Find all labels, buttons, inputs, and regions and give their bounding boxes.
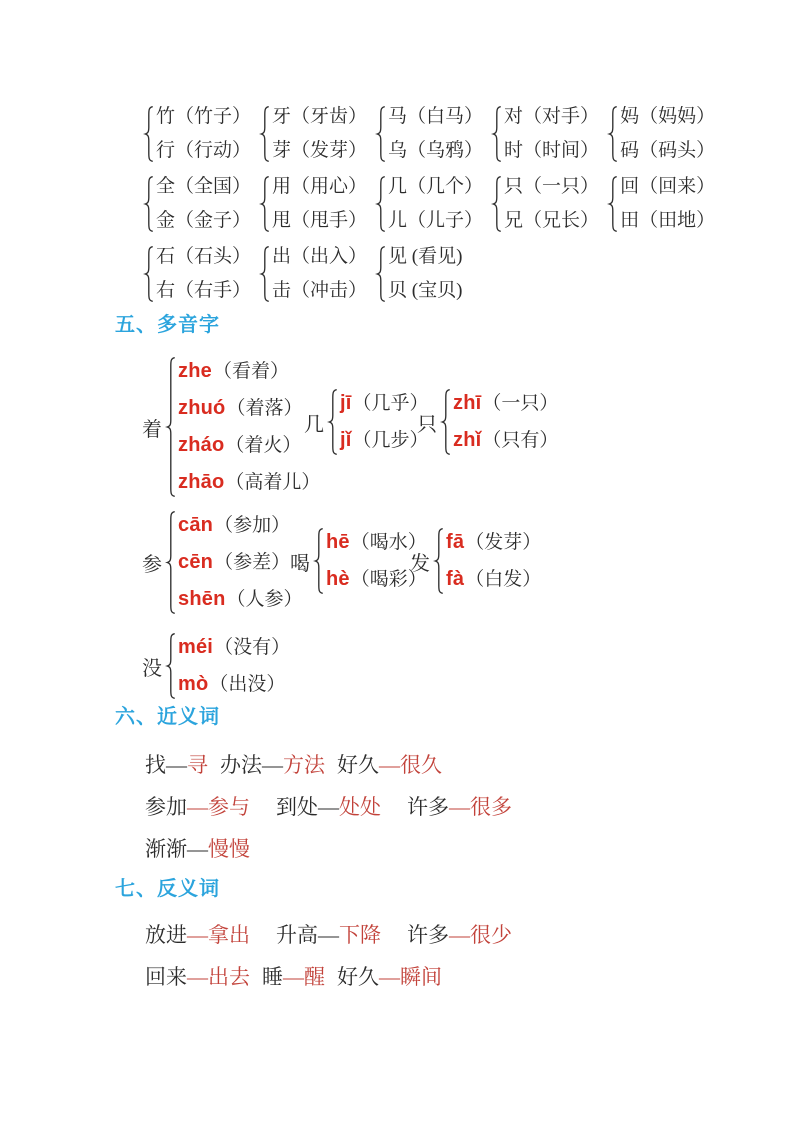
pair-right-word: 方法 <box>283 753 325 777</box>
example-word: （参差） <box>214 544 290 581</box>
duoyinzi-group: 只zhī（一只）zhǐ（只有） <box>417 385 558 459</box>
synonym-pair: 到处—处处 <box>276 792 381 822</box>
duoyinzi-group: 喝hē（喝水）hè（喝彩） <box>290 524 427 598</box>
char-pair-column: 对（对手）时（时间） <box>504 100 599 168</box>
synonym-pair: 参加—参与 <box>145 792 250 822</box>
synonym-row: 找—寻办法—方法好久—很久 <box>145 750 442 780</box>
char-pair-line: 码（码头） <box>620 134 715 168</box>
pronunciation-entry: méi（没有） <box>178 629 290 666</box>
char-pair-line: 芽（发芽） <box>272 134 367 168</box>
synonym-row: 渐渐—慢慢 <box>145 834 250 864</box>
duoyinzi-group: 没méi（没有）mò（出没） <box>142 629 290 703</box>
brace-icon <box>164 633 175 699</box>
brace-icon <box>374 176 385 232</box>
pronunciation-column: méi（没有）mò（出没） <box>178 629 290 703</box>
char-pair-line: 全（全国） <box>156 170 251 204</box>
pinyin: jī <box>340 385 352 422</box>
brace-icon <box>258 176 269 232</box>
duoyinzi-group: 几jī（几乎）jǐ（几步） <box>304 385 429 459</box>
xingjinzi-row: 竹（竹子）行（行动）牙（牙齿）芽（发芽）马（白马）乌（乌鸦）对（对手）时（时间）… <box>142 100 715 168</box>
example-word: （着落） <box>226 390 302 427</box>
char-pair-group: 出（出入）击（冲击） <box>258 240 367 308</box>
brace-icon <box>312 528 323 594</box>
pronunciation-entry: zhī（一只） <box>453 385 558 422</box>
pinyin: mò <box>178 666 208 703</box>
pronunciation-entry: zháo（着火） <box>178 427 320 464</box>
char-pair-column: 回（回来）田（田地） <box>620 170 715 238</box>
pinyin: jǐ <box>340 422 352 459</box>
char-pair-line: 妈（妈妈） <box>620 100 715 134</box>
example-word: （发芽） <box>465 524 541 561</box>
char-pair-group: 全（全国）金（金子） <box>142 170 251 238</box>
pronunciation-entry: cēn（参差） <box>178 544 303 581</box>
duoyinzi-character: 发 <box>410 547 430 576</box>
fanyici-heading: 七、反义词 <box>115 876 220 902</box>
pinyin: hè <box>326 561 350 598</box>
pair-dash: — <box>187 923 208 947</box>
brace-icon <box>164 511 175 614</box>
char-pair-line: 兄（兄长） <box>504 204 599 238</box>
antonym-pair: 回来—出去 <box>145 962 250 992</box>
example-word: （一只） <box>482 385 558 422</box>
char-pair-group: 几（几个）儿（儿子） <box>374 170 483 238</box>
pair-right-word: 瞬间 <box>400 965 442 989</box>
pair-left-word: 放进 <box>145 923 187 947</box>
char-pair-column: 几（几个）儿（儿子） <box>388 170 483 238</box>
antonym-row: 放进—拿出升高—下降许多—很少 <box>145 920 512 950</box>
char-pair-column: 马（白马）乌（乌鸦） <box>388 100 483 168</box>
pinyin: zhuó <box>178 390 225 427</box>
char-pair-line: 行（行动） <box>156 134 251 168</box>
pinyin: zhǐ <box>453 422 481 459</box>
pinyin: hē <box>326 524 350 561</box>
char-pair-group: 用（用心）甩（甩手） <box>258 170 367 238</box>
pronunciation-entry: fā（发芽） <box>446 524 541 561</box>
char-pair-column: 竹（竹子）行（行动） <box>156 100 251 168</box>
duoyinzi-group: 发fā（发芽）fà（白发） <box>410 524 541 598</box>
pair-dash: — <box>187 965 208 989</box>
char-pair-group: 竹（竹子）行（行动） <box>142 100 251 168</box>
pronunciation-entry: jǐ（几步） <box>340 422 429 459</box>
pair-dash: — <box>187 795 208 819</box>
char-pair-group: 对（对手）时（时间） <box>490 100 599 168</box>
char-pair-line: 击（冲击） <box>272 274 367 308</box>
pronunciation-column: jī（几乎）jǐ（几步） <box>340 385 429 459</box>
pair-right-word: 醒 <box>304 965 325 989</box>
duoyinzi-character: 喝 <box>290 547 310 576</box>
duoyinzi-group: 着zhe（看着）zhuó（着落）zháo（着火）zhāo（高着儿） <box>142 353 320 501</box>
duoyinzi-character: 只 <box>417 408 437 437</box>
char-pair-line: 乌（乌鸦） <box>388 134 483 168</box>
pair-right-word: 处处 <box>339 795 381 819</box>
jinyici-heading: 六、近义词 <box>115 704 220 730</box>
pinyin: fà <box>446 561 464 598</box>
char-pair-column: 只（一只）兄（兄长） <box>504 170 599 238</box>
synonym-pair: 好久—很久 <box>337 750 442 780</box>
pinyin: méi <box>178 629 213 666</box>
synonym-pair: 许多—很多 <box>407 792 512 822</box>
pronunciation-entry: zhe（看着） <box>178 353 320 390</box>
antonym-row: 回来—出去睡—醒好久—瞬间 <box>145 962 442 992</box>
brace-icon <box>326 389 337 455</box>
pair-left-word: 参加 <box>145 795 187 819</box>
pronunciation-entry: zhuó（着落） <box>178 390 320 427</box>
pair-dash: — <box>283 965 304 989</box>
char-pair-line: 竹（竹子） <box>156 100 251 134</box>
pair-left-word: 渐渐 <box>145 837 187 861</box>
pronunciation-entry: jī（几乎） <box>340 385 429 422</box>
brace-icon <box>374 106 385 162</box>
synonym-pair: 找—寻 <box>145 750 208 780</box>
pair-right-word: 很多 <box>470 795 512 819</box>
pronunciation-column: fā（发芽）fà（白发） <box>446 524 541 598</box>
brace-icon <box>142 176 153 232</box>
char-pair-line: 对（对手） <box>504 100 599 134</box>
pinyin: cān <box>178 507 213 544</box>
brace-icon <box>258 106 269 162</box>
char-pair-group: 石（石头）右（右手） <box>142 240 251 308</box>
char-pair-column: 石（石头）右（右手） <box>156 240 251 308</box>
brace-icon <box>606 106 617 162</box>
pair-right-word: 拿出 <box>208 923 250 947</box>
char-pair-line: 出（出入） <box>272 240 367 274</box>
pronunciation-entry: shēn（人参） <box>178 581 303 618</box>
synonym-pair: 办法—方法 <box>220 750 325 780</box>
char-pair-line: 金（金子） <box>156 204 251 238</box>
pair-dash: — <box>379 753 400 777</box>
example-word: （参加） <box>214 507 290 544</box>
pair-right-word: 很少 <box>470 923 512 947</box>
char-pair-group: 回（回来）田（田地） <box>606 170 715 238</box>
pronunciation-column: zhī（一只）zhǐ（只有） <box>453 385 558 459</box>
char-pair-line: 右（右手） <box>156 274 251 308</box>
pair-right-word: 参与 <box>208 795 250 819</box>
pronunciation-column: cān（参加）cēn（参差）shēn（人参） <box>178 507 303 618</box>
pair-dash: — <box>449 795 470 819</box>
pair-left-word: 睡 <box>262 965 283 989</box>
pair-left-word: 找 <box>145 753 166 777</box>
char-pair-line: 甩（甩手） <box>272 204 367 238</box>
xingjinzi-row: 石（石头）右（右手）出（出入）击（冲击）见 (看见)贝 (宝贝) <box>142 240 462 308</box>
pair-left-word: 到处 <box>276 795 318 819</box>
brace-icon <box>258 246 269 302</box>
brace-icon <box>439 389 450 455</box>
pronunciation-entry: fà（白发） <box>446 561 541 598</box>
char-pair-group: 妈（妈妈）码（码头） <box>606 100 715 168</box>
antonym-pair: 升高—下降 <box>276 920 381 950</box>
char-pair-column: 全（全国）金（金子） <box>156 170 251 238</box>
example-word: （着火） <box>225 427 301 464</box>
char-pair-line: 只（一只） <box>504 170 599 204</box>
brace-icon <box>490 176 501 232</box>
brace-icon <box>606 176 617 232</box>
char-pair-column: 出（出入）击（冲击） <box>272 240 367 308</box>
example-word: （没有） <box>214 629 290 666</box>
pair-left-word: 好久 <box>337 965 379 989</box>
char-pair-line: 时（时间） <box>504 134 599 168</box>
duoyinzi-character: 着 <box>142 413 162 442</box>
char-pair-group: 只（一只）兄（兄长） <box>490 170 599 238</box>
example-word: （出没） <box>209 666 285 703</box>
pinyin: zhāo <box>178 464 224 501</box>
pinyin: cēn <box>178 544 213 581</box>
example-word: （看着） <box>213 353 289 390</box>
pair-right-word: 很久 <box>400 753 442 777</box>
pinyin: zhī <box>453 385 481 422</box>
pair-right-word: 慢慢 <box>208 837 250 861</box>
char-pair-line: 田（田地） <box>620 204 715 238</box>
duoyinzi-heading: 五、多音字 <box>115 312 220 338</box>
char-pair-line: 用（用心） <box>272 170 367 204</box>
char-pair-line: 石（石头） <box>156 240 251 274</box>
pair-left-word: 许多 <box>407 795 449 819</box>
char-pair-group: 见 (看见)贝 (宝贝) <box>374 240 462 308</box>
pair-right-word: 寻 <box>187 753 208 777</box>
xingjinzi-row: 全（全国）金（金子）用（用心）甩（甩手）几（几个）儿（儿子）只（一只）兄（兄长）… <box>142 170 715 238</box>
brace-icon <box>164 357 175 497</box>
pronunciation-entry: mò（出没） <box>178 666 290 703</box>
char-pair-line: 回（回来） <box>620 170 715 204</box>
brace-icon <box>142 106 153 162</box>
char-pair-column: 妈（妈妈）码（码头） <box>620 100 715 168</box>
char-pair-line: 见 (看见) <box>388 240 462 274</box>
pair-right-word: 下降 <box>339 923 381 947</box>
pronunciation-column: zhe（看着）zhuó（着落）zháo（着火）zhāo（高着儿） <box>178 353 320 501</box>
char-pair-group: 马（白马）乌（乌鸦） <box>374 100 483 168</box>
duoyinzi-character: 参 <box>142 548 162 577</box>
pair-dash: — <box>166 753 187 777</box>
pair-dash: — <box>318 795 339 819</box>
antonym-pair: 许多—很少 <box>407 920 512 950</box>
brace-icon <box>374 246 385 302</box>
pair-left-word: 升高 <box>276 923 318 947</box>
brace-icon <box>142 246 153 302</box>
char-pair-line: 贝 (宝贝) <box>388 274 462 308</box>
pinyin: zháo <box>178 427 224 464</box>
pair-left-word: 许多 <box>407 923 449 947</box>
pronunciation-entry: cān（参加） <box>178 507 303 544</box>
pair-left-word: 办法 <box>220 753 262 777</box>
antonym-pair: 放进—拿出 <box>145 920 250 950</box>
char-pair-line: 牙（牙齿） <box>272 100 367 134</box>
example-word: （白发） <box>465 561 541 598</box>
pair-left-word: 好久 <box>337 753 379 777</box>
pronunciation-entry: zhāo（高着儿） <box>178 464 320 501</box>
example-word: （只有） <box>482 422 558 459</box>
brace-icon <box>490 106 501 162</box>
pair-dash: — <box>262 753 283 777</box>
worksheet-page: 竹（竹子）行（行动）牙（牙齿）芽（发芽）马（白马）乌（乌鸦）对（对手）时（时间）… <box>0 0 793 1122</box>
pinyin: fā <box>446 524 464 561</box>
brace-icon <box>432 528 443 594</box>
pair-right-word: 出去 <box>208 965 250 989</box>
duoyinzi-character: 几 <box>304 408 324 437</box>
pair-dash: — <box>318 923 339 947</box>
pinyin: zhe <box>178 353 212 390</box>
pair-left-word: 回来 <box>145 965 187 989</box>
synonym-row: 参加—参与到处—处处许多—很多 <box>145 792 512 822</box>
pronunciation-entry: zhǐ（只有） <box>453 422 558 459</box>
char-pair-column: 牙（牙齿）芽（发芽） <box>272 100 367 168</box>
antonym-pair: 好久—瞬间 <box>337 962 442 992</box>
char-pair-group: 牙（牙齿）芽（发芽） <box>258 100 367 168</box>
antonym-pair: 睡—醒 <box>262 962 325 992</box>
pair-dash: — <box>187 837 208 861</box>
pair-dash: — <box>379 965 400 989</box>
char-pair-column: 用（用心）甩（甩手） <box>272 170 367 238</box>
synonym-pair: 渐渐—慢慢 <box>145 834 250 864</box>
duoyinzi-group: 参cān（参加）cēn（参差）shēn（人参） <box>142 507 303 618</box>
pinyin: shēn <box>178 581 225 618</box>
duoyinzi-character: 没 <box>142 652 162 681</box>
char-pair-column: 见 (看见)贝 (宝贝) <box>388 240 462 308</box>
char-pair-line: 儿（儿子） <box>388 204 483 238</box>
char-pair-line: 几（几个） <box>388 170 483 204</box>
char-pair-line: 马（白马） <box>388 100 483 134</box>
example-word: （高着儿） <box>225 464 320 501</box>
pair-dash: — <box>449 923 470 947</box>
